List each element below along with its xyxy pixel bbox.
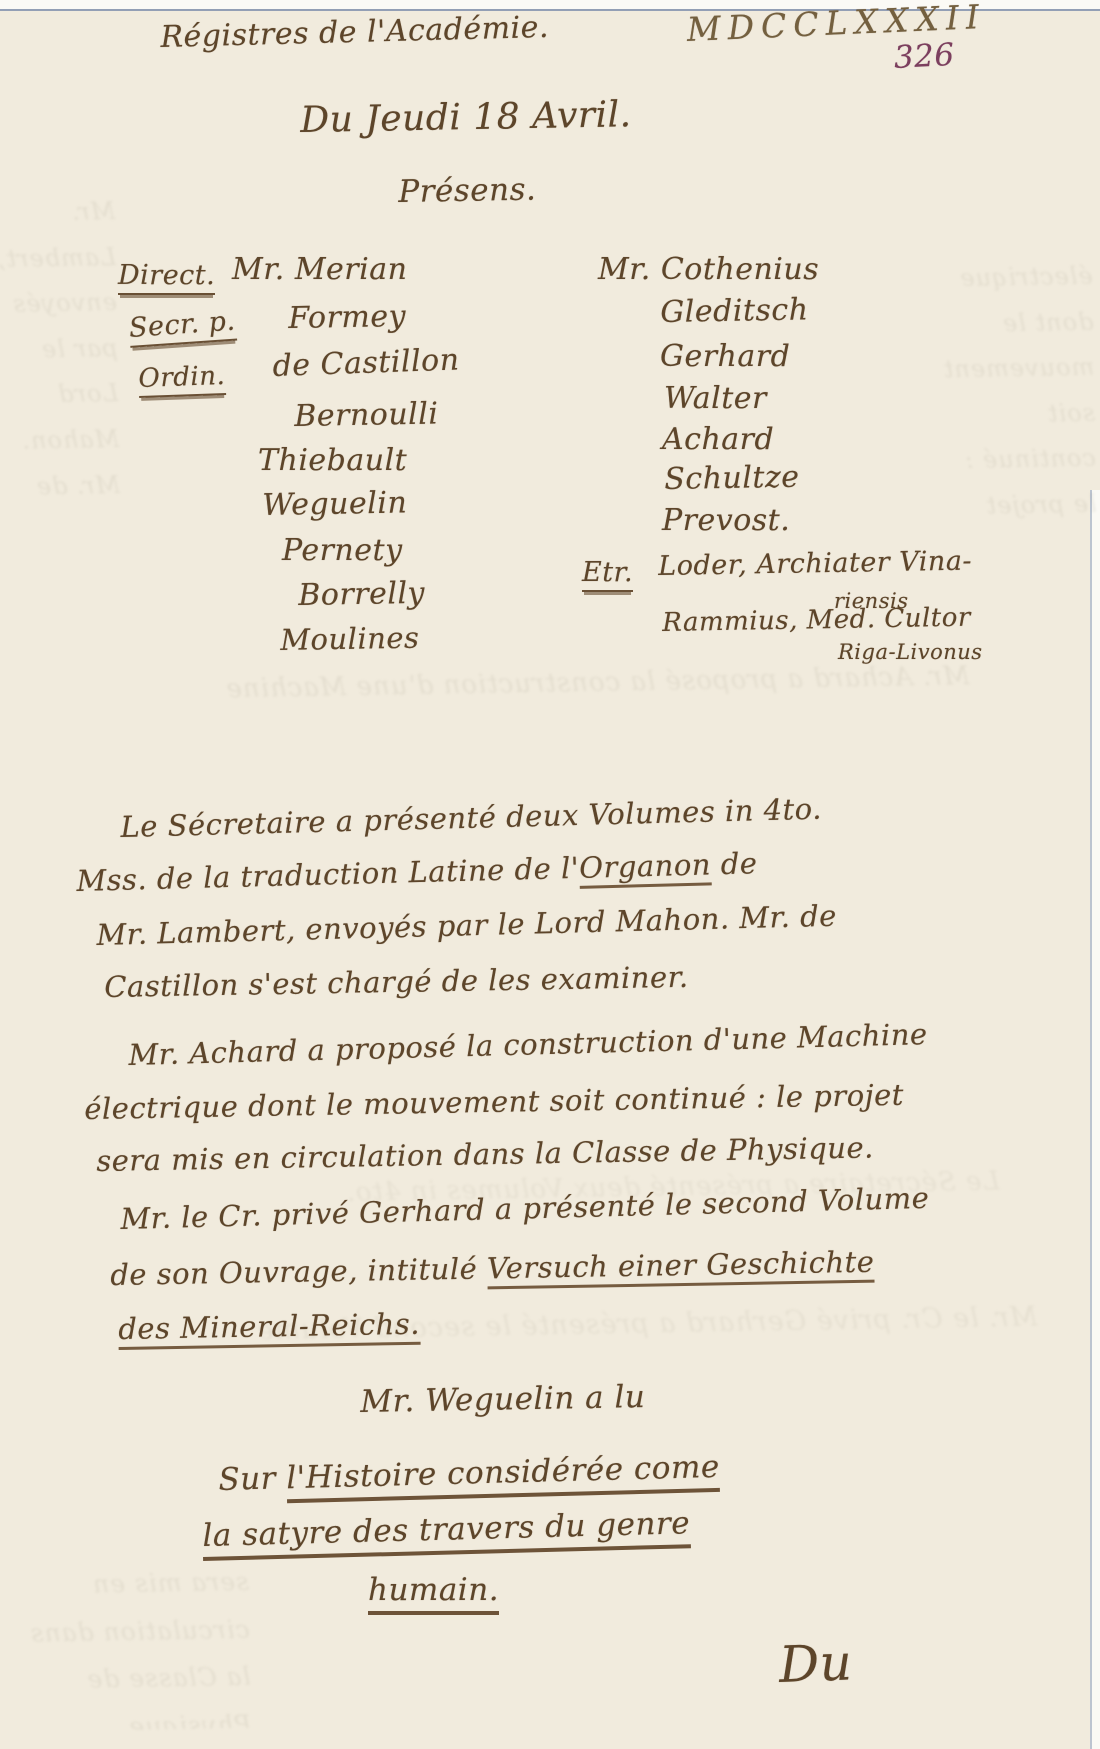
attendee-name: Formey — [288, 299, 406, 336]
attendee-name: Bernoulli — [294, 396, 439, 434]
underlined-title: Versuch einer Geschichte — [487, 1245, 875, 1290]
register-title: Régistres de l'Académie. — [160, 10, 549, 55]
margin-label-text: Direct. — [118, 260, 215, 295]
body-line: électrique dont le mouvement soit contin… — [84, 1078, 904, 1126]
margin-label-etrangers: Etr. — [582, 557, 633, 588]
margin-label-text: Secr. p. — [128, 306, 237, 348]
page-number: 326 — [893, 37, 955, 76]
attendee-name: Gerhard — [660, 339, 790, 374]
margin-label-text: Etr. — [582, 557, 633, 592]
underlined-title: humain. — [368, 1572, 499, 1615]
attendee-name: Thiebault — [258, 443, 407, 478]
body-text: de — [711, 846, 758, 881]
body-text: de son Ouvrage, intitulé — [110, 1251, 487, 1292]
reading-title-line: humain. — [368, 1572, 499, 1608]
body-line: Mss. de la traduction Latine de l'Organo… — [76, 846, 758, 898]
foreign-member-name: Loder, Archiater Vina- — [658, 546, 972, 582]
margin-label-text: Ordin. — [138, 361, 226, 398]
bleedthrough-text: Mr. Achard a proposé la construction d'u… — [69, 652, 970, 748]
body-text: Mss. de la traduction Latine de l' — [76, 851, 580, 898]
attendee-name: Borrelly — [298, 576, 425, 613]
underlined-title: des Mineral-Reichs. — [118, 1307, 420, 1350]
bleedthrough-text: Mr. Lambert, envoyés par le Lord Mahon. … — [0, 189, 121, 541]
body-line: Castillon s'est chargé de les examiner. — [104, 960, 689, 1004]
attendee-name: Walter — [664, 381, 767, 416]
attendee-name: Moulines — [280, 621, 420, 657]
attendee-name: Mr. Cothenius — [598, 252, 819, 287]
attendee-name: Pernety — [282, 533, 403, 568]
bleedthrough-text: électrique dont le mouvement soit contin… — [942, 254, 1097, 567]
presens-heading: Présens. — [398, 172, 537, 210]
attendee-name: Weguelin — [262, 485, 408, 523]
underlined-title: Organon — [579, 847, 712, 888]
scan-edge-right — [1090, 490, 1100, 1749]
body-line: Mr. Achard a proposé la construction d'u… — [128, 1017, 928, 1072]
attendee-name: Prevost. — [662, 503, 790, 538]
attendee-name: Schultze — [664, 460, 800, 497]
attendee-name: de Castillon — [272, 342, 460, 384]
body-text: Sur — [218, 1460, 287, 1498]
body-line: des Mineral-Reichs. — [118, 1307, 420, 1346]
margin-label-ordin: Ordin. — [138, 361, 226, 394]
body-line: Mr. Lambert, envoyés par le Lord Mahon. … — [96, 899, 837, 952]
margin-label-direct: Direct. — [118, 260, 215, 291]
body-line: de son Ouvrage, intitulé Versuch einer G… — [110, 1245, 875, 1292]
reading-intro: Mr. Weguelin a lu — [360, 1379, 646, 1420]
manuscript-page: Mr. Lambert, envoyés par le Lord Mahon. … — [0, 0, 1100, 1749]
body-line: Le Sécretaire a présenté deux Volumes in… — [120, 792, 822, 844]
foreign-member-name: Rammius, Med. Cultor — [662, 603, 971, 638]
attendee-name: Mr. Merian — [232, 252, 407, 287]
margin-label-secr: Secr. p. — [128, 306, 236, 344]
attendee-name: Gleditsch — [660, 292, 809, 330]
catchword: Du — [778, 1633, 853, 1694]
bleedthrough-text: sera mis en circulation dans la Classe d… — [0, 1558, 251, 1732]
foreign-member-title: Riga-Livonus — [838, 640, 983, 664]
attendee-name: Achard — [662, 422, 774, 457]
session-date-heading: Du Jeudi 18 Avril. — [300, 94, 632, 141]
